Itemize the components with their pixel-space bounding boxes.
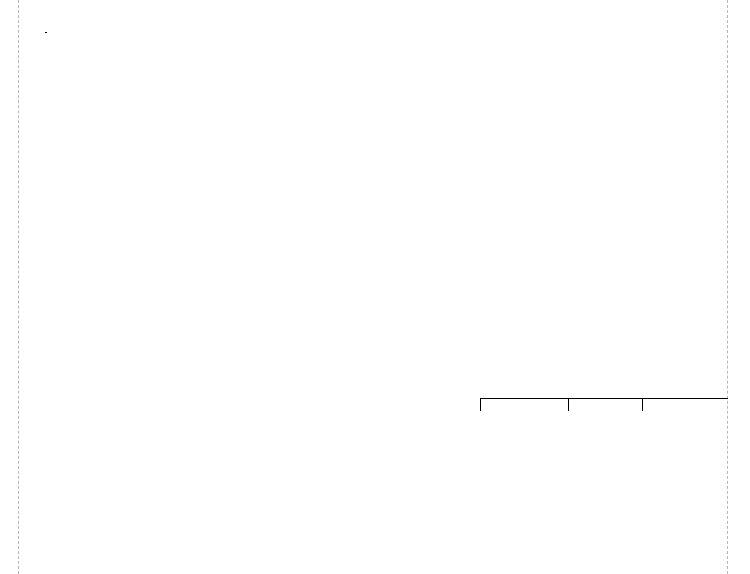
volta-bracket-2	[568, 398, 643, 411]
watermark-left	[1, 0, 17, 574]
meter-denominator	[45, 32, 47, 33]
time-signature	[45, 32, 47, 33]
key-signature	[36, 32, 51, 33]
watermark-divider-left	[18, 0, 19, 574]
watermark-divider-right	[727, 0, 728, 574]
watermark-right	[733, 0, 749, 574]
volta-bracket-1	[480, 398, 569, 411]
volta-bracket-3	[642, 398, 728, 411]
sheet-music-page	[0, 0, 750, 574]
